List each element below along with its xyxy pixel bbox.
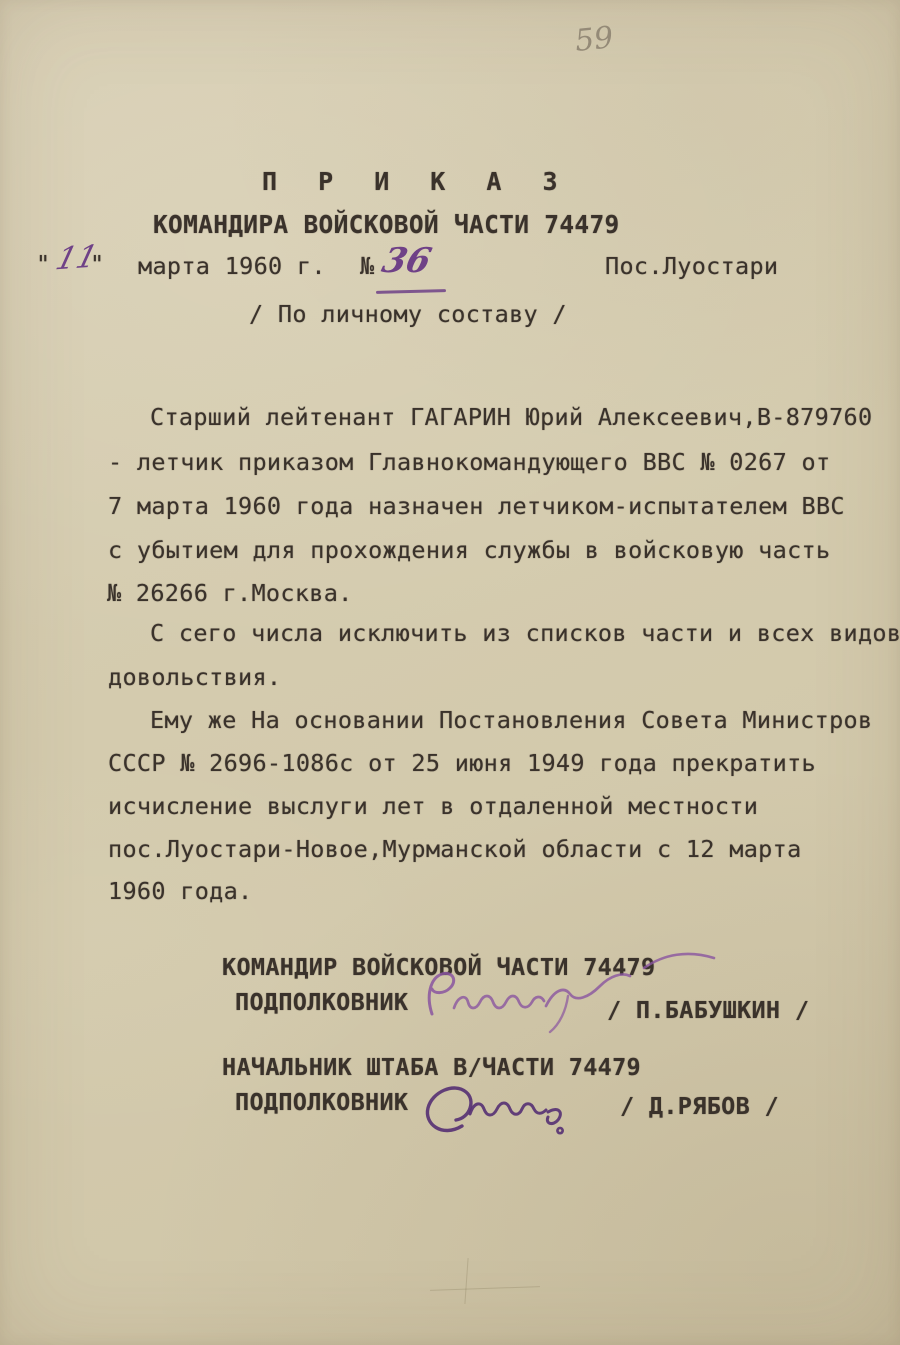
commander-rank: ПОДПОЛКОВНИК [235, 988, 408, 1016]
commander-name: / П.БАБУШКИН / [607, 996, 809, 1024]
date-close-quote: " [90, 250, 104, 278]
body-line: Старший лейтенант ГАГАРИН Юрий Алексееви… [150, 403, 872, 431]
body-line: СССР № 2696-1086с от 25 июня 1949 года п… [108, 749, 816, 777]
body-line: исчисление выслуги лет в отдаленной мест… [108, 792, 758, 820]
pencil-page-number: 59 [573, 20, 615, 59]
date-month-year: марта 1960 г. [138, 252, 326, 280]
date-open-quote: " [36, 250, 50, 278]
body-line: С сего числа исключить из списков части … [150, 619, 900, 647]
body-line: довольствия. [108, 663, 281, 691]
personnel-note: / По личному составу / [249, 300, 567, 328]
paper-scratch [430, 1286, 540, 1291]
chief-of-staff-name: / Д.РЯБОВ / [620, 1092, 779, 1120]
body-line: Ему же На основании Постановления Совета… [150, 706, 872, 734]
order-issuer-line: КОМАНДИРА ВОЙСКОВОЙ ЧАСТИ 74479 [153, 210, 620, 239]
body-line: 7 марта 1960 года назначен летчиком-испы… [108, 492, 845, 520]
body-line: 1960 года. [108, 877, 252, 905]
place-name: Пос.Луостари [605, 252, 778, 280]
body-line: № 26266 г.Москва. [107, 579, 353, 607]
scanned-order-page: 59 П Р И К А З КОМАНДИРА ВОЙСКОВОЙ ЧАСТИ… [0, 0, 900, 1345]
chief-of-staff-signature [418, 1068, 608, 1148]
order-title: П Р И К А З [262, 167, 571, 196]
number-sign: № [360, 252, 374, 280]
handwritten-order-number: 36 [378, 241, 435, 281]
body-line: пос.Луостари-Новое,Мурманской области с … [108, 835, 802, 863]
body-line: с убытием для прохождения службы в войск… [108, 536, 830, 564]
order-number-underline [376, 289, 446, 294]
chief-of-staff-rank: ПОДПОЛКОВНИК [235, 1088, 408, 1116]
paper-scratch [464, 1258, 468, 1304]
body-line: - летчик приказом Главнокомандующего ВВС… [108, 448, 830, 476]
